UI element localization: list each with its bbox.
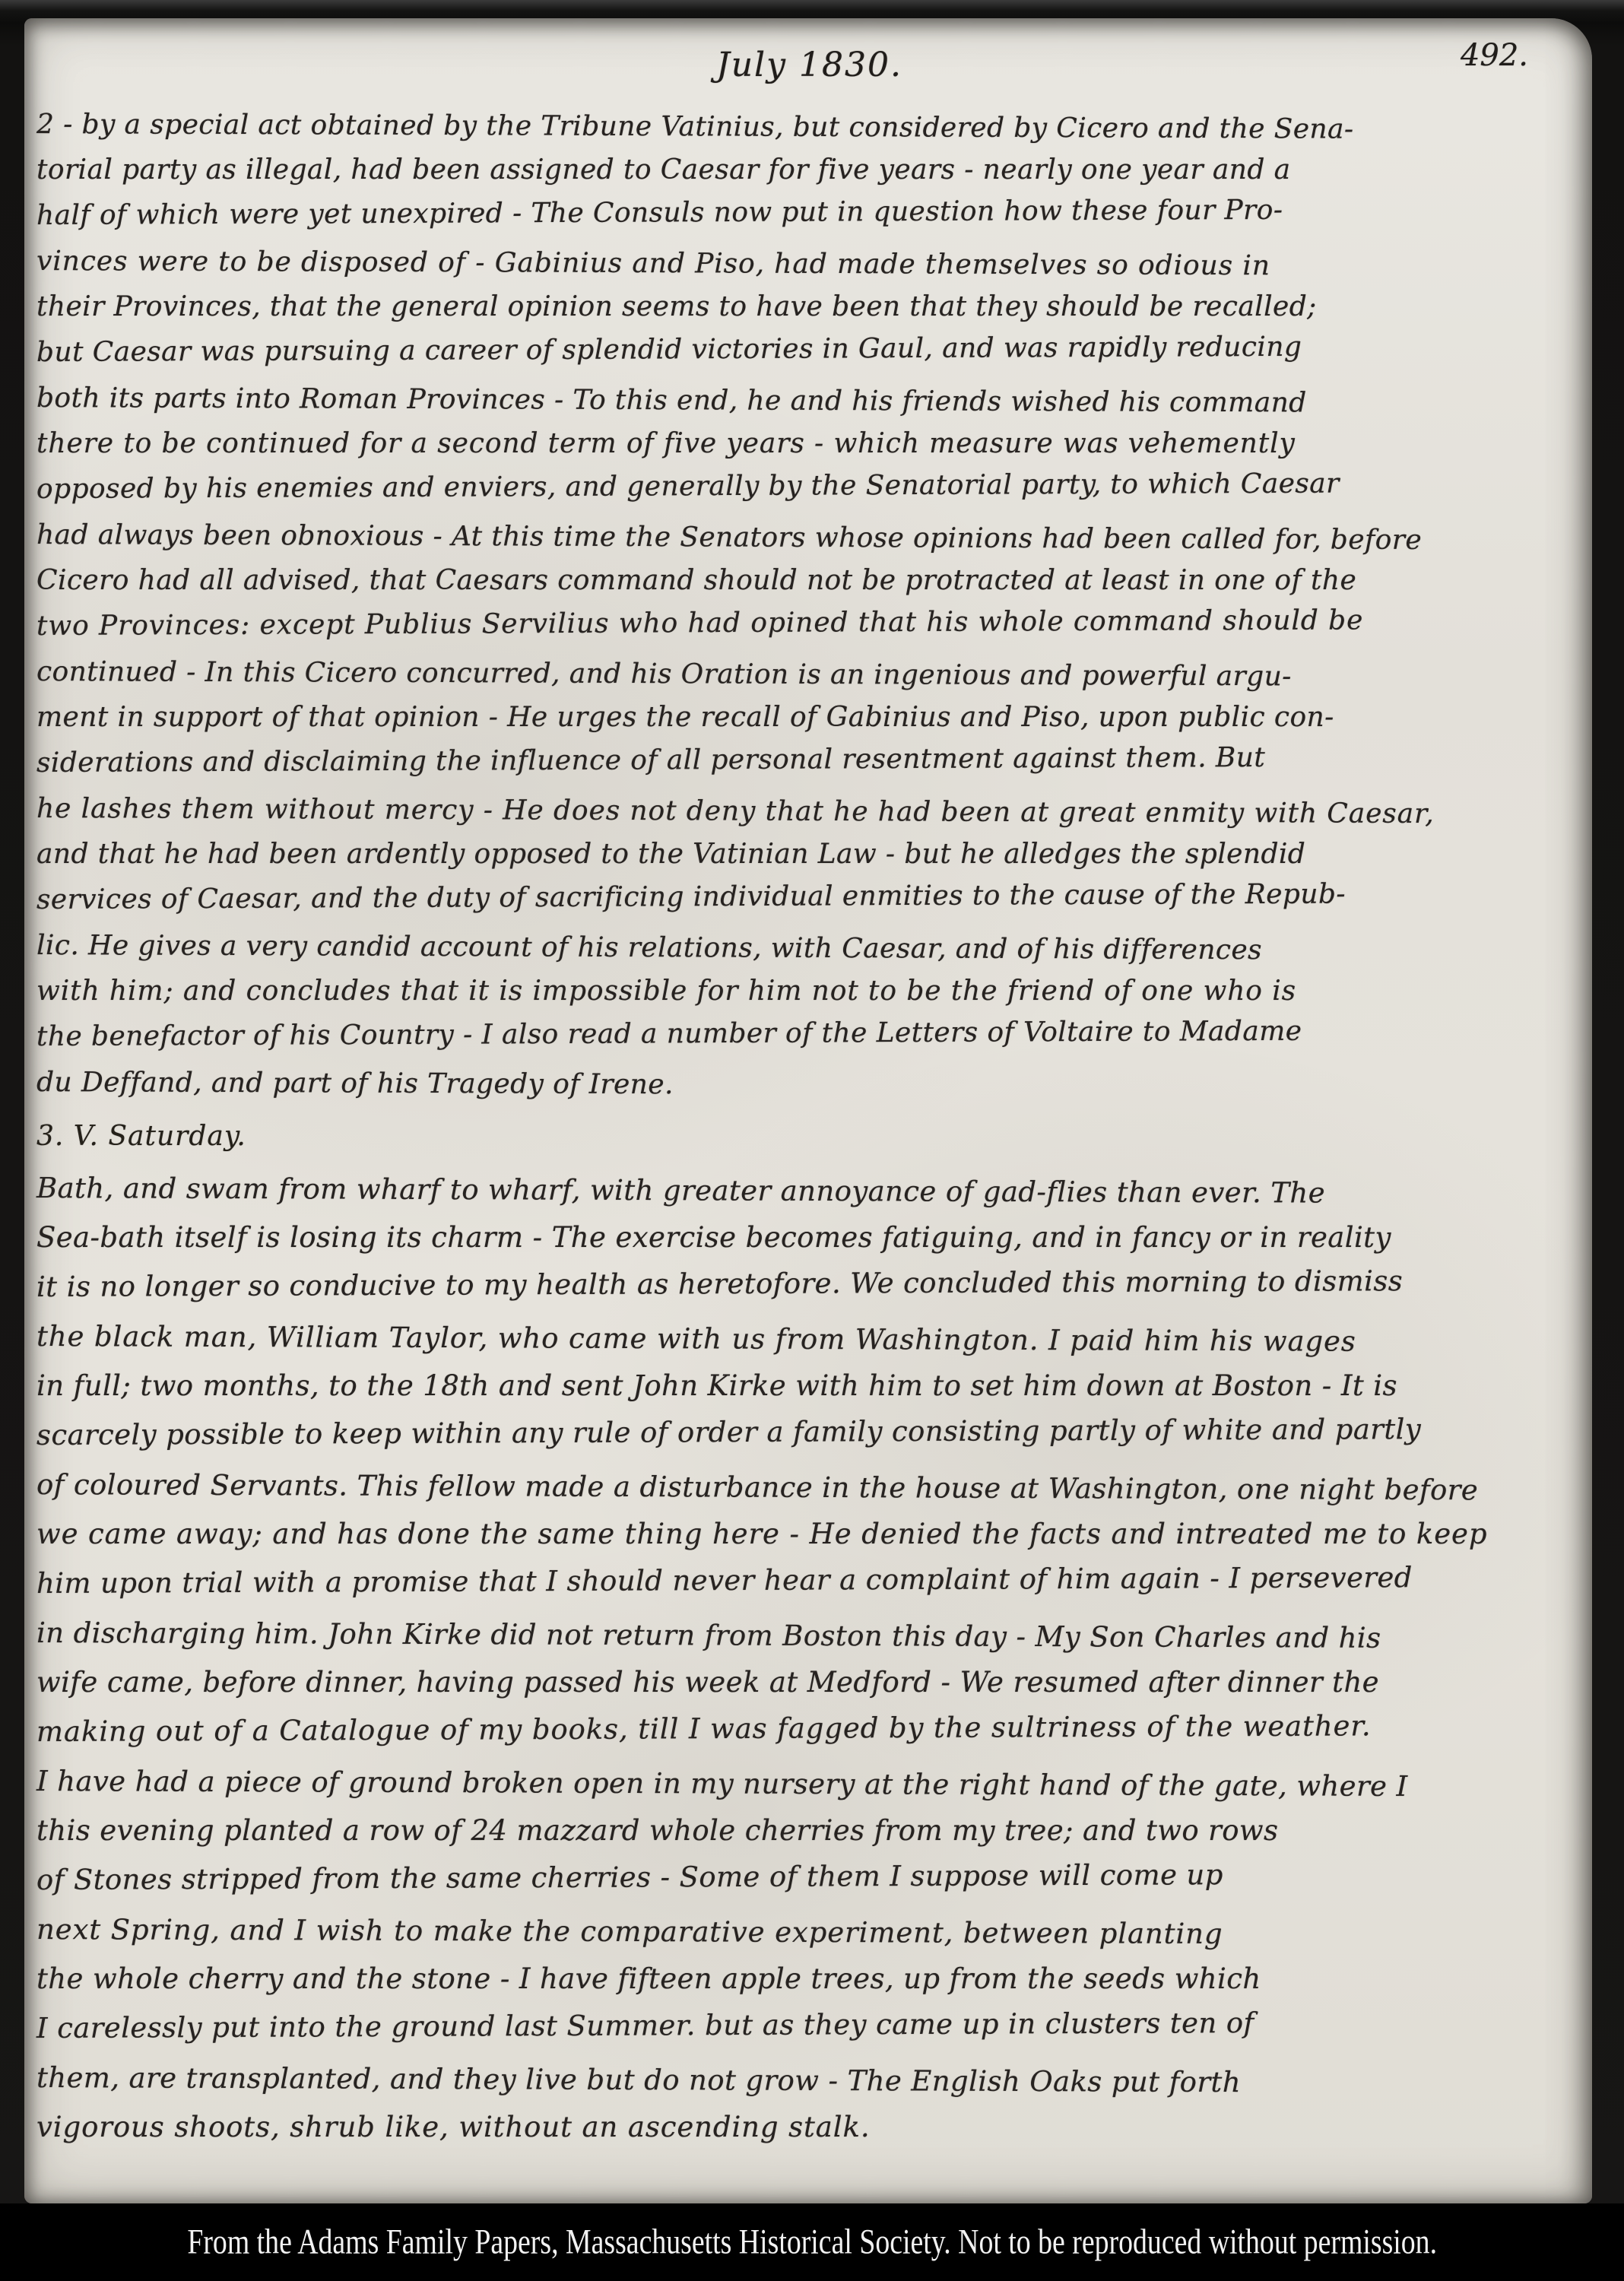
page-content: July 1830. 492. 2 - by a special act obt… bbox=[24, 18, 1592, 2203]
manuscript-line: it is no longer so conducive to my healt… bbox=[36, 1255, 1581, 1312]
manuscript-line: torial party as illegal, had been assign… bbox=[36, 148, 1581, 193]
manuscript-line: du Deffand, and part of his Tragedy of I… bbox=[36, 1060, 1581, 1112]
credit-banner: From the Adams Family Papers, Massachuse… bbox=[0, 2203, 1624, 2281]
manuscript-line: services of Caesar, and the duty of sacr… bbox=[36, 871, 1581, 923]
manuscript-page: ​ ​ ​ July 1830. 492. 2 - by a special a… bbox=[24, 18, 1592, 2203]
manuscript-line: the benefactor of his Country - I also r… bbox=[36, 1007, 1581, 1060]
manuscript-line: vigorous shoots, shrub like, without an … bbox=[36, 2102, 1581, 2152]
manuscript-line: had always been obnoxious - At this time… bbox=[36, 512, 1581, 564]
entry-lines: Bath, and swam from wharf to wharf, with… bbox=[36, 1163, 1581, 2152]
manuscript-line: with him; and concludes that it is impos… bbox=[36, 969, 1581, 1014]
manuscript-line: half of which were yet unexpired - The C… bbox=[36, 186, 1581, 239]
manuscript-line: ment in support of that opinion - He urg… bbox=[36, 695, 1581, 741]
page-number: 492. bbox=[1461, 38, 1528, 73]
manuscript-line: the whole cherry and the stone - I have … bbox=[36, 1954, 1581, 2003]
manuscript-line: there to be continued for a second term … bbox=[36, 421, 1581, 467]
manuscript-line: both its parts into Roman Provinces - To… bbox=[36, 376, 1581, 427]
manuscript-line: I carelessly put into the ground last Su… bbox=[36, 1997, 1581, 2053]
manuscript-line: and that he had been ardently opposed to… bbox=[36, 832, 1581, 877]
manuscript-line: Sea-bath itself is losing its charm - Th… bbox=[36, 1213, 1581, 1262]
date-heading: July 1830. bbox=[716, 46, 902, 84]
entry-july-2-continuation: 2 - by a special act obtained by the Tri… bbox=[36, 102, 1581, 1106]
manuscript-line: next Spring, and I wish to make the comp… bbox=[36, 1905, 1581, 1960]
manuscript-line: 2 - by a special act obtained by the Tri… bbox=[36, 102, 1581, 154]
manuscript-line: this evening planted a row of 24 mazzard… bbox=[36, 1806, 1581, 1855]
manuscript-line: making out of a Catalogue of my books, t… bbox=[36, 1700, 1581, 1756]
credit-text: From the Adams Family Papers, Massachuse… bbox=[187, 2222, 1437, 2263]
manuscript-line: scarcely possible to keep within any rul… bbox=[36, 1404, 1581, 1460]
manuscript-line: of coloured Servants. This fellow made a… bbox=[36, 1460, 1581, 1515]
manuscript-line: two Provinces: except Publius Servilius … bbox=[36, 597, 1581, 649]
manuscript-line: opposed by his enemies and enviers, and … bbox=[36, 460, 1581, 512]
manuscript-line: vinces were to be disposed of - Gabinius… bbox=[36, 239, 1581, 290]
manuscript-line: them, are transplanted, and they live bu… bbox=[36, 2053, 1581, 2108]
manuscript-line: he lashes them without mercy - He does n… bbox=[36, 786, 1581, 838]
manuscript-line: I have had a piece of ground broken open… bbox=[36, 1756, 1581, 1812]
manuscript-line: in full; two months, to the 18th and sen… bbox=[36, 1361, 1581, 1410]
manuscript-line: we came away; and has done the same thin… bbox=[36, 1509, 1581, 1559]
manuscript-line: of Stones stripped from the same cherrie… bbox=[36, 1848, 1581, 1905]
manuscript-line: continued - In this Cicero concurred, an… bbox=[36, 649, 1581, 701]
entry-date-heading: 3. V. Saturday. bbox=[36, 1110, 1581, 1163]
manuscript-line: the black man, William Taylor, who came … bbox=[36, 1312, 1581, 1367]
manuscript-line: Bath, and swam from wharf to wharf, with… bbox=[36, 1163, 1581, 1219]
entry-lines: 2 - by a special act obtained by the Tri… bbox=[36, 102, 1581, 1106]
manuscript-line: siderations and disclaiming the influenc… bbox=[36, 734, 1581, 786]
page-header: July 1830. 492. bbox=[36, 38, 1581, 102]
manuscript-line: in discharging him. John Kirke did not r… bbox=[36, 1608, 1581, 1664]
manuscript-line: him upon trial with a promise that I sho… bbox=[36, 1552, 1581, 1608]
manuscript-line: wife came, before dinner, having passed … bbox=[36, 1658, 1581, 1707]
manuscript-line: their Provinces, that the general opinio… bbox=[36, 284, 1581, 330]
manuscript-line: Cicero had all advised, that Caesars com… bbox=[36, 558, 1581, 604]
entry-july-3: 3. V. Saturday. Bath, and swam from whar… bbox=[36, 1110, 1581, 2152]
manuscript-line: lic. He gives a very candid account of h… bbox=[36, 923, 1581, 975]
manuscript-line: but Caesar was pursuing a career of sple… bbox=[36, 323, 1581, 376]
